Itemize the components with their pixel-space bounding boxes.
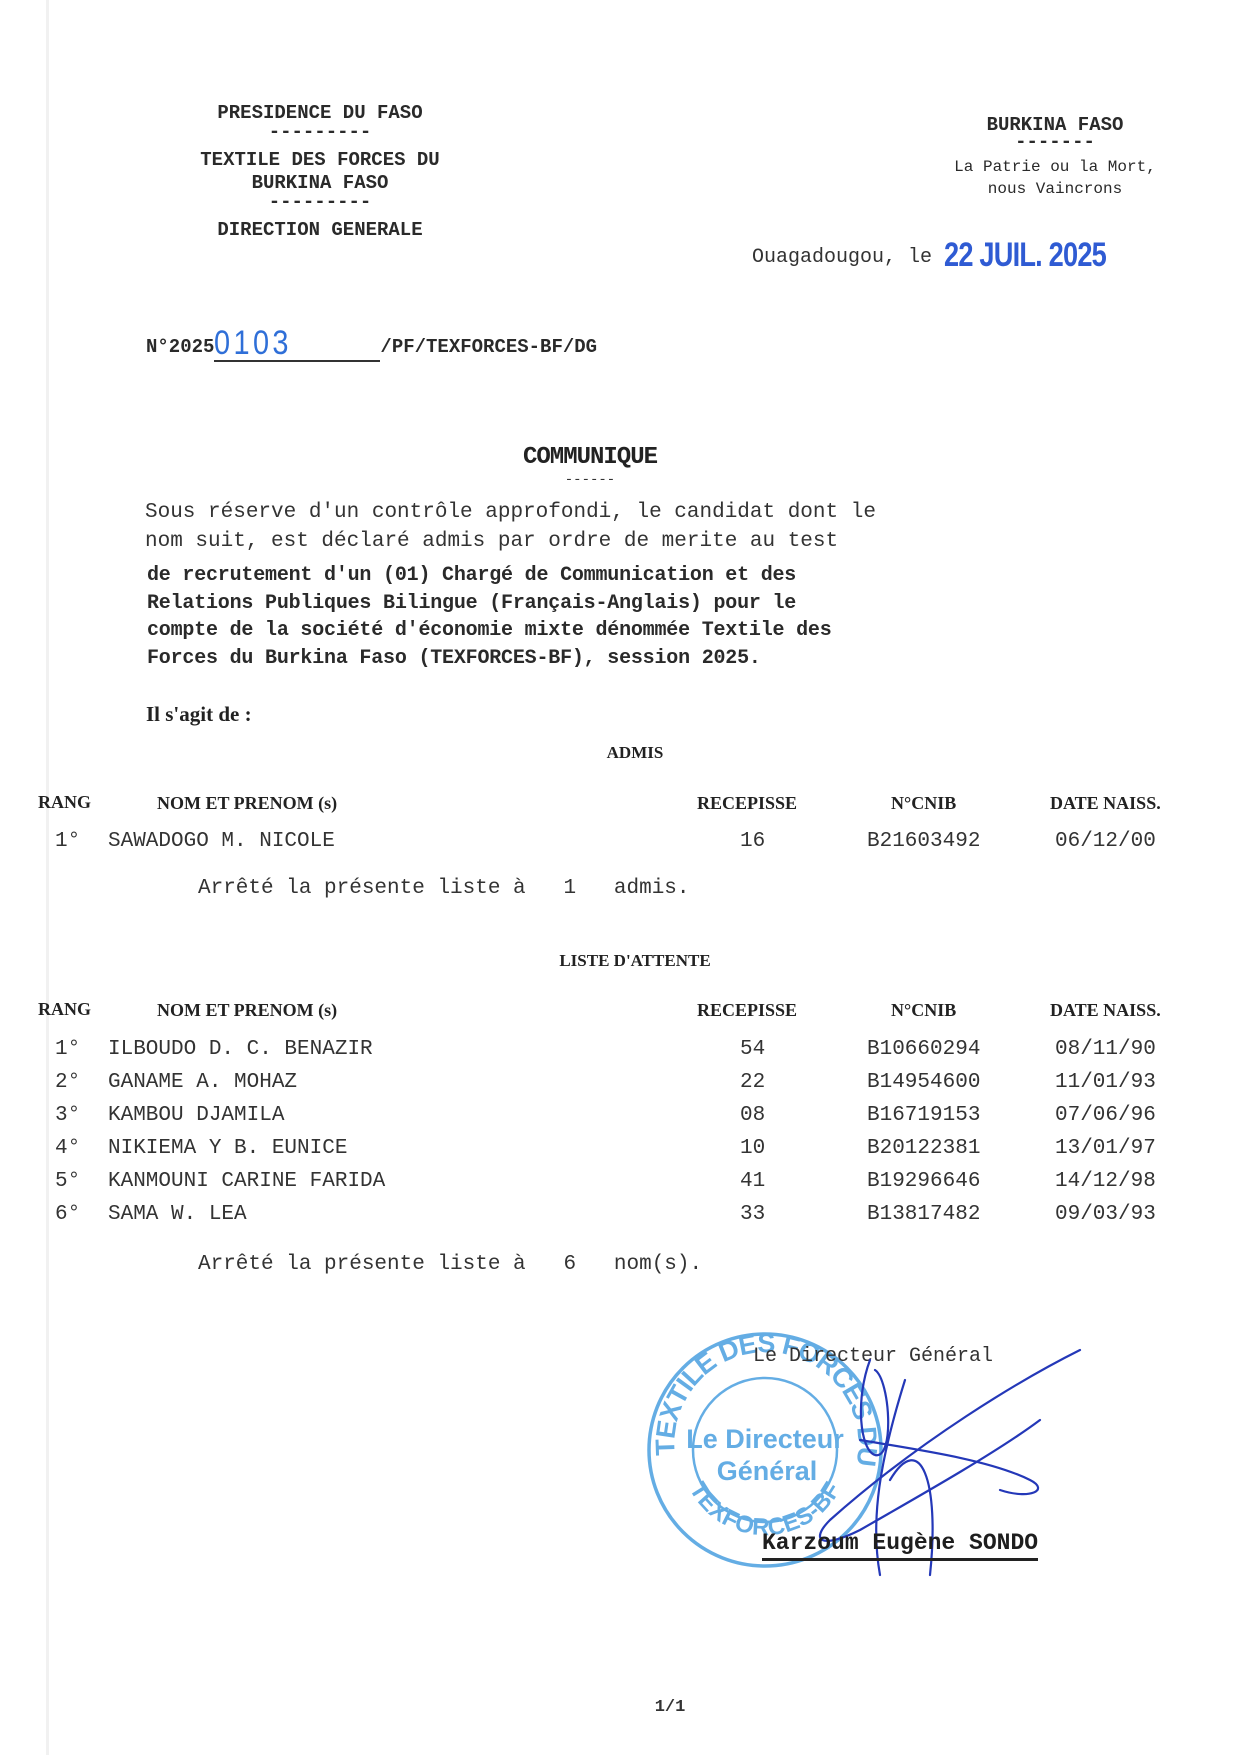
place-prefix: Ouagadougou, le xyxy=(752,246,932,269)
row-rank: 6° xyxy=(55,1203,80,1226)
col-header-birth: DATE NAISS. xyxy=(1050,793,1161,814)
row-name: KANMOUNI CARINE FARIDA xyxy=(108,1170,385,1193)
closing-count: 1 xyxy=(563,877,576,900)
row-birth-date: 07/06/96 xyxy=(1055,1104,1156,1127)
col-header-receipt: RECEPISSE xyxy=(697,793,797,814)
intro-bold-line: Forces du Burkina Faso (TEXFORCES-BF), s… xyxy=(147,645,1047,673)
closing-prefix: Arrêté la présente liste à xyxy=(198,877,526,900)
date-stamp: 22 JUIL. 2025 xyxy=(944,236,1106,275)
col-header-name: NOM ET PRENOM (s) xyxy=(157,1000,337,1021)
place-date: Ouagadougou, le 22 JUIL. 2025 xyxy=(752,236,1147,275)
col-header-birth: DATE NAISS. xyxy=(1050,1000,1161,1021)
row-cnib: B21603492 xyxy=(867,830,980,853)
row-name: GANAME A. MOHAZ xyxy=(108,1071,297,1094)
row-receipt: 16 xyxy=(740,830,765,853)
row-cnib: B10660294 xyxy=(867,1038,980,1061)
title-separator: ------ xyxy=(0,472,1180,488)
row-receipt: 22 xyxy=(740,1071,765,1094)
row-cnib: B14954600 xyxy=(867,1071,980,1094)
row-rank: 3° xyxy=(55,1104,80,1127)
row-rank: 5° xyxy=(55,1170,80,1193)
admis-closing: Arrêté la présente liste à 1 admis. xyxy=(198,877,690,900)
closing-suffix: nom(s). xyxy=(614,1253,702,1276)
closing-count: 6 xyxy=(563,1253,576,1276)
reference-suffix: /PF/TEXFORCES-BF/DG xyxy=(380,336,597,358)
col-header-cnib: N°CNIB xyxy=(891,1000,956,1021)
row-birth-date: 13/01/97 xyxy=(1055,1137,1156,1160)
closing-suffix: admis. xyxy=(614,877,690,900)
issuer-header: PRESIDENCE DU FASO --------- TEXTILE DES… xyxy=(150,102,490,242)
row-name: ILBOUDO D. C. BENAZIR xyxy=(108,1038,373,1061)
row-name: SAMA W. LEA xyxy=(108,1203,247,1226)
country-separator: ------- xyxy=(900,136,1210,148)
row-birth-date: 14/12/98 xyxy=(1055,1170,1156,1193)
row-receipt: 08 xyxy=(740,1104,765,1127)
row-receipt: 33 xyxy=(740,1203,765,1226)
intro-bold-line: Relations Publiques Bilingue (Français-A… xyxy=(147,590,1047,618)
row-name: SAWADOGO M. NICOLE xyxy=(108,830,335,853)
signatory-name: Karzoum Eugène SONDO xyxy=(762,1530,1038,1561)
row-receipt: 54 xyxy=(740,1038,765,1061)
row-cnib: B19296646 xyxy=(867,1170,980,1193)
row-rank: 2° xyxy=(55,1071,80,1094)
intro-line: nom suit, est déclaré admis par ordre de… xyxy=(145,527,1045,556)
reference-handwritten-number: 0103 xyxy=(214,326,380,362)
admis-section-title: ADMIS xyxy=(0,743,1240,763)
waiting-list-section-title: LISTE D'ATTENTE xyxy=(0,951,1240,971)
col-header-name: NOM ET PRENOM (s) xyxy=(157,793,337,814)
motto-line-1: La Patrie ou la Mort, xyxy=(900,156,1210,178)
row-rank: 1° xyxy=(55,1038,80,1061)
row-cnib: B13817482 xyxy=(867,1203,980,1226)
col-header-cnib: N°CNIB xyxy=(891,793,956,814)
list-intro: Il s'agit de : xyxy=(146,702,252,727)
col-header-rank: RANG xyxy=(38,999,91,1020)
issuer-line-company: TEXTILE DES FORCES DU xyxy=(150,149,490,172)
row-name: KAMBOU DJAMILA xyxy=(108,1104,284,1127)
intro-bold-paragraph: de recrutement d'un (01) Chargé de Commu… xyxy=(147,562,1047,672)
page-number: 1/1 xyxy=(0,1698,1240,1717)
row-cnib: B16719153 xyxy=(867,1104,980,1127)
reference-prefix: N°2025 xyxy=(146,336,214,358)
page-edge xyxy=(46,0,49,1755)
issuer-separator: --------- xyxy=(150,125,490,139)
col-header-receipt: RECEPISSE xyxy=(697,1000,797,1021)
closing-prefix: Arrêté la présente liste à xyxy=(198,1253,526,1276)
document-title: COMMUNIQUE xyxy=(0,444,1180,471)
country-header: BURKINA FASO ------- La Patrie ou la Mor… xyxy=(900,114,1210,200)
intro-line: Sous réserve d'un contrôle approfondi, l… xyxy=(145,498,1045,527)
row-name: NIKIEMA Y B. EUNICE xyxy=(108,1137,347,1160)
row-receipt: 10 xyxy=(740,1137,765,1160)
row-rank: 4° xyxy=(55,1137,80,1160)
reference-number: N°20250103/PF/TEXFORCES-BF/DG xyxy=(146,326,597,362)
reference-number-value: 0103 xyxy=(214,326,292,360)
issuer-separator: --------- xyxy=(150,195,490,209)
col-header-rank: RANG xyxy=(38,792,91,813)
row-birth-date: 06/12/00 xyxy=(1055,830,1156,853)
intro-paragraph: Sous réserve d'un contrôle approfondi, l… xyxy=(145,498,1045,556)
row-cnib: B20122381 xyxy=(867,1137,980,1160)
row-birth-date: 11/01/93 xyxy=(1055,1071,1156,1094)
row-birth-date: 08/11/90 xyxy=(1055,1038,1156,1061)
intro-bold-line: de recrutement d'un (01) Chargé de Commu… xyxy=(147,562,1047,590)
motto-line-2: nous Vaincrons xyxy=(900,178,1210,200)
row-rank: 1° xyxy=(55,830,80,853)
waiting-list-closing: Arrêté la présente liste à 6 nom(s). xyxy=(198,1253,702,1276)
row-birth-date: 09/03/93 xyxy=(1055,1203,1156,1226)
row-receipt: 41 xyxy=(740,1170,765,1193)
intro-bold-line: compte de la société d'économie mixte dé… xyxy=(147,617,1047,645)
issuer-line-direction: DIRECTION GENERALE xyxy=(150,219,490,242)
